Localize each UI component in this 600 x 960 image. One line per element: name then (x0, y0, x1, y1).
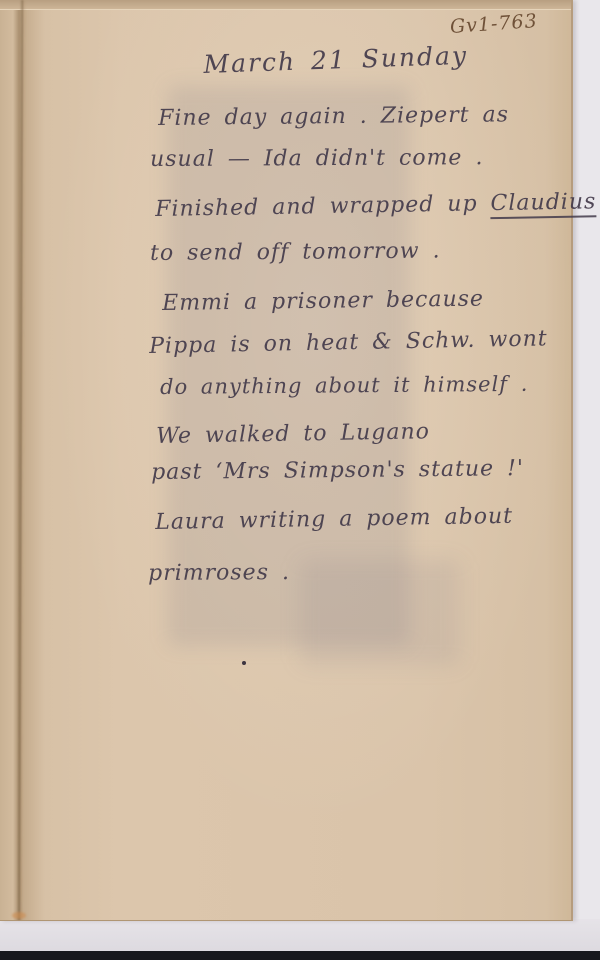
catalog-number: Gv1-763 (449, 10, 538, 38)
handwritten-line: usual — Ida didn't come . (150, 145, 483, 172)
line-text: Finished and wrapped up (155, 191, 491, 222)
underlined-book-title: Claudius (490, 189, 596, 219)
handwritten-line: primroses . (148, 560, 290, 586)
ink-showthrough-band-lower (300, 560, 460, 665)
handwritten-line: past ‘Mrs Simpson's statue !' (151, 456, 524, 485)
ink-speck (242, 661, 246, 665)
handwritten-line: do anything about it himself . (160, 372, 528, 399)
handwritten-line: Emmi a prisoner because (162, 287, 484, 316)
binding-crease (16, 0, 26, 920)
handwritten-line: We walked to Lugano (156, 419, 430, 449)
corner-smudge (12, 912, 26, 919)
handwritten-line: Fine day again . Ziepert as (158, 102, 509, 131)
handwritten-line: to send off tomorrow . (150, 238, 441, 266)
diary-paper: Gv1-763 March 21 Sunday Fine day again .… (0, 0, 573, 921)
scanner-background (0, 919, 600, 951)
entry-date-heading: March 21 Sunday (203, 41, 468, 79)
scanned-diary-page: Gv1-763 March 21 Sunday Fine day again .… (0, 0, 600, 960)
handwritten-line: Laura writing a poem about (155, 504, 513, 535)
scanner-edge-strip (0, 951, 600, 960)
